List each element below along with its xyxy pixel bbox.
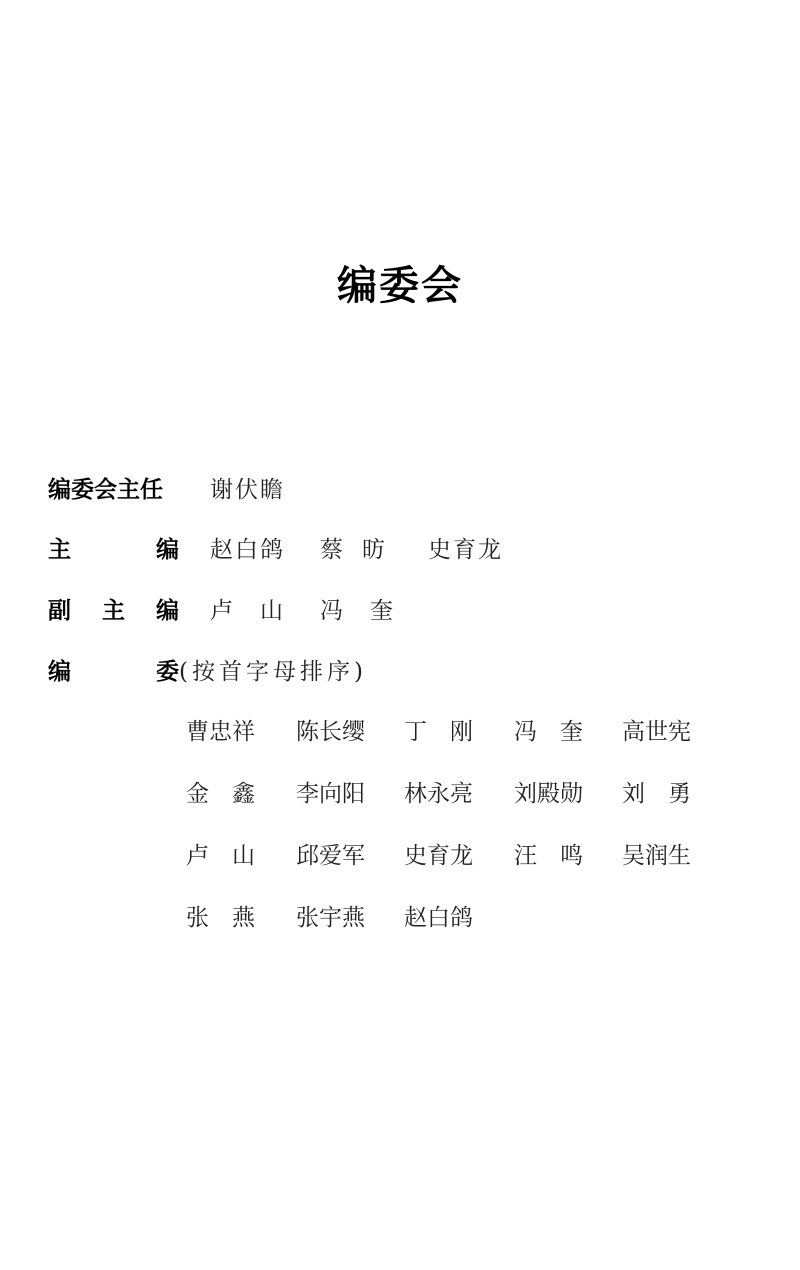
member-name: 刘殿勋 bbox=[514, 778, 583, 810]
director-name: 谢伏瞻 bbox=[210, 474, 285, 506]
chief-editor-name: 赵白鸽 bbox=[210, 534, 285, 566]
deputy-chief-editor-label-part: 副 bbox=[48, 595, 71, 627]
member-name: 陈长缨 bbox=[296, 716, 365, 748]
member-name: 吴润生 bbox=[622, 840, 691, 872]
member-name: 高世宪 bbox=[622, 716, 691, 748]
members-grid-row: 张 燕 张宇燕 赵白鸽 bbox=[186, 902, 726, 964]
member-name: 李向阳 bbox=[296, 778, 365, 810]
member-name: 赵白鸽 bbox=[404, 902, 473, 934]
member-name: 林永亮 bbox=[404, 778, 473, 810]
member-name: 汪 鸣 bbox=[514, 840, 583, 872]
chief-editor-name: 蔡 昉 bbox=[320, 534, 383, 566]
member-name: 邱爱军 bbox=[296, 840, 365, 872]
chief-editor-name: 史育龙 bbox=[428, 534, 503, 566]
members-label-part: 编 bbox=[48, 656, 71, 688]
members-grid: 曹忠祥 陈长缨 丁 刚 冯 奎 高世宪 金 鑫 李向阳 林永亮 刘殿勋 刘 勇 … bbox=[186, 716, 726, 964]
deputy-chief-editor-name: 卢 山 bbox=[210, 595, 285, 627]
page-title: 编委会 bbox=[0, 258, 800, 314]
member-name: 卢 山 bbox=[186, 840, 255, 872]
members-label-part: 委 bbox=[156, 656, 179, 688]
member-name: 冯 奎 bbox=[514, 716, 583, 748]
member-name: 张 燕 bbox=[186, 902, 255, 934]
members-sort-note: (按首字母排序) bbox=[179, 656, 367, 688]
member-name: 史育龙 bbox=[404, 840, 473, 872]
members-grid-row: 卢 山 邱爱军 史育龙 汪 鸣 吴润生 bbox=[186, 840, 726, 902]
member-name: 曹忠祥 bbox=[186, 716, 255, 748]
deputy-chief-editor-label-part: 主 bbox=[102, 595, 125, 627]
chief-editor-label-part: 编 bbox=[156, 534, 179, 566]
member-name: 金 鑫 bbox=[186, 778, 255, 810]
deputy-chief-editor-name: 冯 奎 bbox=[320, 595, 395, 627]
chief-editor-label-part: 主 bbox=[48, 534, 71, 566]
deputy-chief-editor-label-part: 编 bbox=[156, 595, 179, 627]
director-label: 编委会主任 bbox=[48, 474, 163, 506]
members-grid-row: 金 鑫 李向阳 林永亮 刘殿勋 刘 勇 bbox=[186, 778, 726, 840]
member-name: 刘 勇 bbox=[622, 778, 691, 810]
member-name: 丁 刚 bbox=[404, 716, 473, 748]
member-name: 张宇燕 bbox=[296, 902, 365, 934]
members-grid-row: 曹忠祥 陈长缨 丁 刚 冯 奎 高世宪 bbox=[186, 716, 726, 778]
